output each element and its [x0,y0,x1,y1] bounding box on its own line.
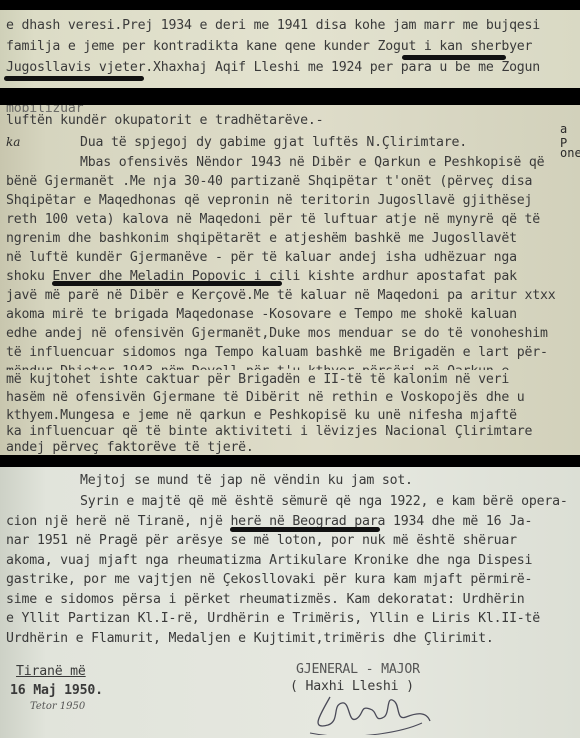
text-line: ngrenim dhe bashkonim shqipëtarët e atje… [6,231,517,247]
text-line: në luftë kundër Gjermanëve - për të kalu… [6,250,517,266]
text-line: akoma, vuaj mjaft nga rheumatizma Artiku… [6,553,532,569]
text-line: Syrin e majtë që më është sëmurë që nga … [80,494,568,510]
redaction-underline [230,527,380,532]
text-line: Mejtoj se mund të jap në vëndin ku jam s… [80,473,413,489]
handwritten-margin-note: ka [6,135,20,149]
text-line: edhe andej në ofensivën Gjermanët,Duke m… [6,326,548,342]
text-line: javë më parë në Dibër e Kerçovë.Me të ka… [6,288,556,304]
redaction-underline [402,55,506,60]
text-line: e dhash veresi.Prej 1934 e deri me 1941 … [6,18,540,34]
document-fragment-2b: më kujtohet ishte caktuar për Brigadën e… [0,370,580,455]
handwritten-date-note: Tetor 1950 [30,701,85,712]
document-fragment-3: Mejtoj se mund të jap në vëndin ku jam s… [0,467,580,738]
text-line: ka influencuar që të binte aktiviteti i … [6,424,532,440]
text-line: Jugosllavis vjeter.Xhaxhaj Aqif Lleshi m… [6,60,540,76]
text-line: Urdhërin e Flamurit, Medaljen e Kujtimit… [6,631,494,647]
text-line: gastrike, por me vajtjen në Çekosllovaki… [6,572,532,588]
document-fragment-1: ~~~~~~~~~~~~~~~~~~~~~~~~~~~~~~~~~~~~~~~~… [0,10,580,88]
text-line: luftën kundër okupatorit e tradhëtarëve.… [6,113,323,129]
text-line: bënë Gjermanët .Me nja 30-40 partizanë S… [6,174,532,190]
text-line-cutoff-top: ~~~~~~~~~~~~~~~~~~~~~~~~~~~~~~~~~~~~~~~~… [8,10,395,16]
text-line: e Yllit Partizan Kl.I-rë, Urdhërin e Tri… [6,611,540,627]
redaction-underline [4,76,144,81]
text-line: Dua të spjegoj dy gabime gjat luftës N.Ç… [80,135,467,151]
text-line: reth 100 veta) kalova në Maqedoni për të… [6,212,540,228]
text-line: Mbas ofensivës Nëndor 1943 në Dibër e Qa… [80,155,544,171]
text-line: kthyem.Mungesa e jeme në qarkun e Peshko… [6,408,517,424]
redaction-underline [52,281,282,286]
handwritten-signature [290,675,450,735]
text-line: të influencuar sidomos nga Tempo kaluam … [6,345,548,361]
text-line: hasëm në ofensivën Gjermane të Dibërit n… [6,390,525,406]
text-line: Shqipëtar e Maqedhonas që vepronin në te… [6,193,532,209]
text-line: më kujtohet ishte caktuar për Brigadën e… [6,372,509,388]
date-line: 16 Maj 1950. [10,683,103,699]
text-line: nar 1951 në Pragë për arësye se më loton… [6,533,517,549]
text-line: familja e jeme per kontradikta kane qene… [6,39,532,55]
adjacent-page-fragment: one [560,146,580,160]
text-line: akoma mirë te brigada Maqedonase -Kosova… [6,307,517,323]
place-label: Tiranë më [16,664,86,680]
text-line: andej përveç faktorëve të tjerë. [6,440,254,455]
text-line: sime e sidomos përsa i përket rheumatizm… [6,592,525,608]
